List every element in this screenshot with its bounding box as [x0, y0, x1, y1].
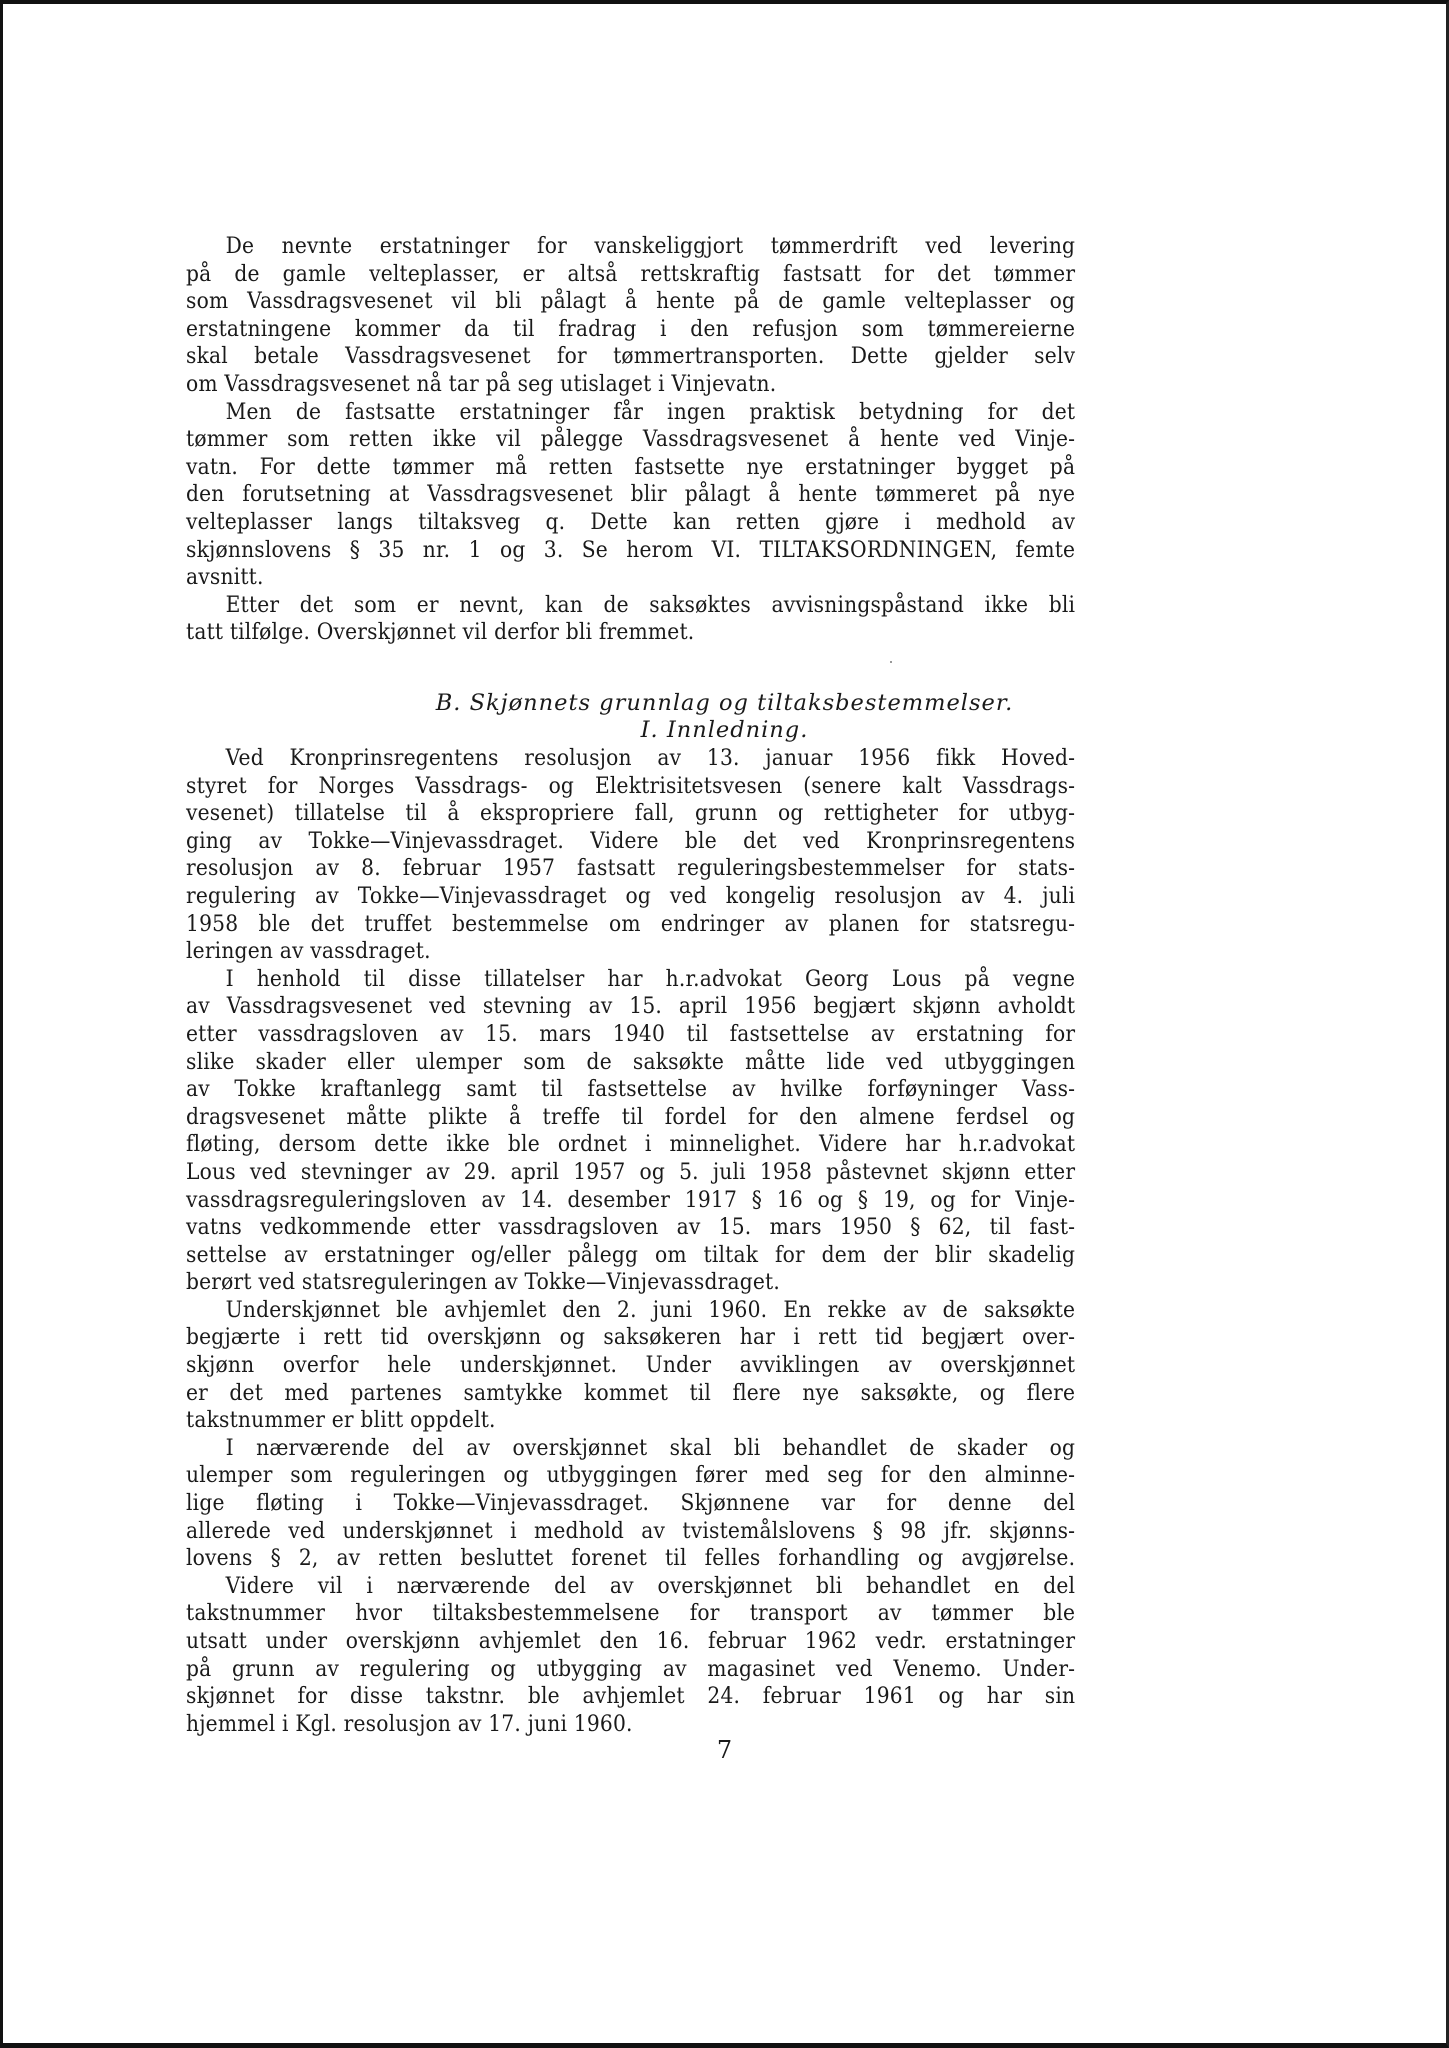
- text-line: tatt tilfølge. Overskjønnet vil derfor b…: [186, 619, 1075, 647]
- text-line: avsnitt.: [186, 564, 1075, 592]
- text-line: lovens § 2, av retten besluttet forenet …: [186, 1545, 1075, 1573]
- text-line: regulering av Tokke—Vinjevassdraget og v…: [186, 883, 1075, 911]
- text-line: skal betale Vassdragsvesenet for tømmert…: [186, 343, 1075, 371]
- text-line: ging av Tokke—Vinjevassdraget. Videre bl…: [186, 828, 1075, 856]
- text-line: Ved Kronprinsregentens resolusjon av 13.…: [186, 745, 1075, 773]
- body-text-block-2: Ved Kronprinsregentens resolusjon av 13.…: [186, 745, 987, 1738]
- text-line: Men de fastsatte erstatninger får ingen …: [186, 399, 1075, 427]
- text-line: slike skader eller ulemper som de saksøk…: [186, 1049, 1075, 1077]
- text-line: Lous ved stevninger av 29. april 1957 og…: [186, 1159, 1075, 1187]
- text-line: er det med partenes samtykke kommet til …: [186, 1380, 1075, 1408]
- page-number: 7: [0, 1736, 1449, 1764]
- text-line: av Vassdragsvesenet ved stevning av 15. …: [186, 993, 1075, 1021]
- text-line: lige fløting i Tokke—Vinjevassdraget. Sk…: [186, 1490, 1075, 1518]
- text-line: vatn. For dette tømmer må retten fastset…: [186, 454, 1075, 482]
- text-line: skjønnet for disse takstnr. ble avhjemle…: [186, 1683, 1075, 1711]
- text-line: settelse av erstatninger og/eller pålegg…: [186, 1242, 1075, 1270]
- text-line: styret for Norges Vassdrags- og Elektris…: [186, 773, 1075, 801]
- text-line: etter vassdragsloven av 15. mars 1940 ti…: [186, 1021, 1075, 1049]
- text-line: fløting, dersom dette ikke ble ordnet i …: [186, 1131, 1075, 1159]
- text-line: av Tokke kraftanlegg samt til fastsettel…: [186, 1076, 1075, 1104]
- text-line: 1958 ble det truffet bestemmelse om endr…: [186, 911, 1075, 939]
- text-line: dragsvesenet måtte plikte å treffe til f…: [186, 1104, 1075, 1132]
- text-line: begjærte i rett tid overskjønn og saksøk…: [186, 1324, 1075, 1352]
- text-line: berørt ved statsreguleringen av Tokke—Vi…: [186, 1269, 1075, 1297]
- text-line: I nærværende del av overskjønnet skal bl…: [186, 1435, 1075, 1463]
- text-line: om Vassdragsvesenet nå tar på seg utisla…: [186, 371, 1075, 399]
- text-line: velteplasser langs tiltaksveg q. Dette k…: [186, 509, 1075, 537]
- subsection-heading: I. Innledning.: [0, 717, 1449, 743]
- text-line: vassdragsreguleringsloven av 14. desembe…: [186, 1187, 1075, 1215]
- text-line: den forutsetning at Vassdragsvesenet bli…: [186, 481, 1075, 509]
- text-line: erstatningene kommer da til fradrag i de…: [186, 316, 1075, 344]
- text-line: ulemper som reguleringen og utbyggingen …: [186, 1462, 1075, 1490]
- text-line: allerede ved underskjønnet i medhold av …: [186, 1518, 1075, 1546]
- text-line: takstnummer er blitt oppdelt.: [186, 1407, 1075, 1435]
- text-line: Underskjønnet ble avhjemlet den 2. juni …: [186, 1297, 1075, 1325]
- text-line: tømmer som retten ikke vil pålegge Vassd…: [186, 426, 1075, 454]
- text-line: hjemmel i Kgl. resolusjon av 17. juni 19…: [186, 1711, 1075, 1739]
- text-line: på grunn av regulering og utbygging av m…: [186, 1656, 1075, 1684]
- scan-speck: [890, 661, 892, 663]
- text-line: utsatt under overskjønn avhjemlet den 16…: [186, 1628, 1075, 1656]
- text-line: takstnummer hvor tiltaksbestemmelsene fo…: [186, 1600, 1075, 1628]
- text-line: vesenet) tillatelse til å ekspropriere f…: [186, 800, 1075, 828]
- text-line: Videre vil i nærværende del av overskjøn…: [186, 1573, 1075, 1601]
- text-line: som Vassdragsvesenet vil bli pålagt å he…: [186, 288, 1075, 316]
- text-line: leringen av vassdraget.: [186, 938, 1075, 966]
- text-line: Etter det som er nevnt, kan de saksøktes…: [186, 592, 1075, 620]
- text-line: skjønn overfor hele underskjønnet. Under…: [186, 1352, 1075, 1380]
- section-heading: B. Skjønnets grunnlag og tiltaksbestemme…: [0, 690, 1449, 716]
- text-line: resolusjon av 8. februar 1957 fastsatt r…: [186, 855, 1075, 883]
- body-text-block-1: De nevnte erstatninger for vanskeliggjor…: [186, 233, 987, 647]
- text-line: på de gamle velteplasser, er altså retts…: [186, 261, 1075, 289]
- text-line: I henhold til disse tillatelser har h.r.…: [186, 966, 1075, 994]
- text-line: De nevnte erstatninger for vanskeliggjor…: [186, 233, 1075, 261]
- text-line: skjønnslovens § 35 nr. 1 og 3. Se herom …: [186, 537, 1075, 565]
- text-line: vatns vedkommende etter vassdragsloven a…: [186, 1214, 1075, 1242]
